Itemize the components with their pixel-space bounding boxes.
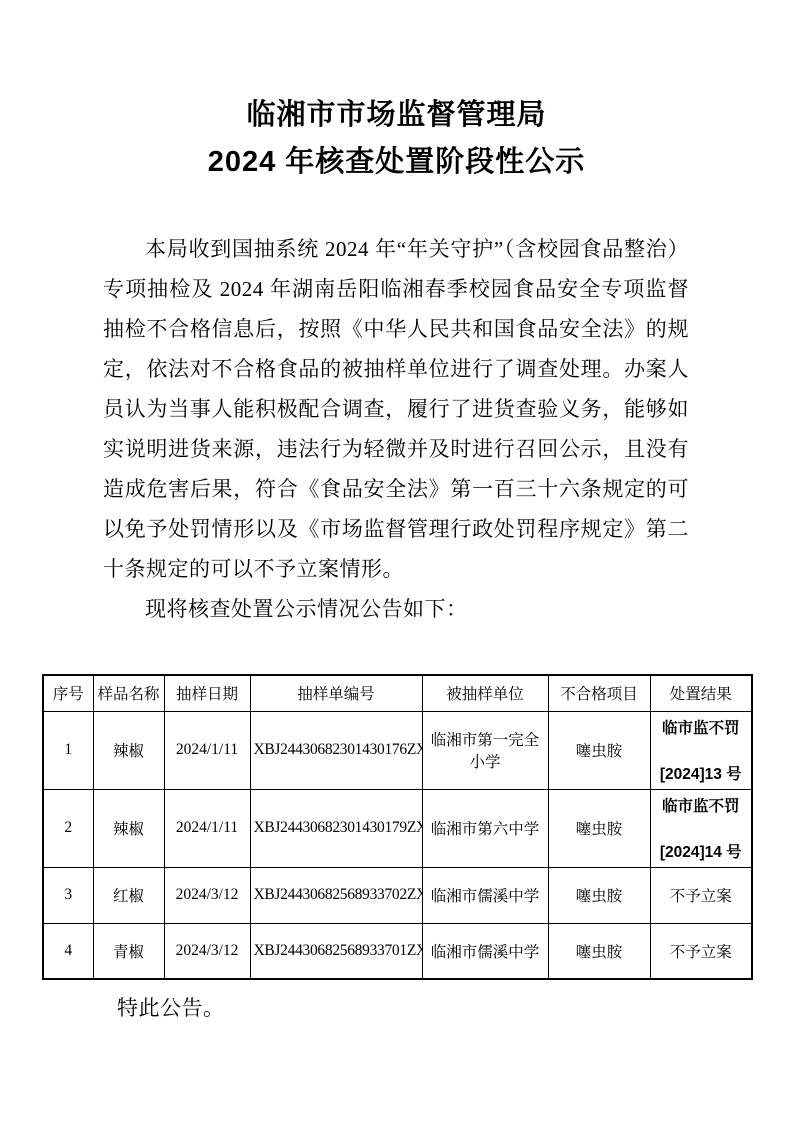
cell-sample-date: 2024/1/11 xyxy=(164,711,250,789)
closing-statement: 特此公告。 xyxy=(117,993,793,1023)
cell-disposal-result: 不予立案 xyxy=(650,923,752,979)
cell-failed-item: 噻虫胺 xyxy=(548,789,650,867)
column-header-sample-code: 抽样单编号 xyxy=(250,675,422,711)
cell-sampled-unit: 临湘市儒溪中学 xyxy=(422,867,548,923)
cell-sample-date: 2024/3/12 xyxy=(164,923,250,979)
cell-sample-name: 辣椒 xyxy=(93,711,164,789)
cell-sample-date: 2024/3/12 xyxy=(164,867,250,923)
title-line-1: 临湘市市场监督管理局 xyxy=(0,92,793,139)
table-header-row: 序号 样品名称 抽样日期 抽样单编号 被抽样单位 不合格项目 处置结果 xyxy=(43,675,752,711)
cell-sample-name: 红椒 xyxy=(93,867,164,923)
cell-sample-code: XBJ24430682301430179ZX xyxy=(250,789,422,867)
cell-failed-item: 噻虫胺 xyxy=(548,923,650,979)
title-line-2: 2024 年核查处置阶段性公示 xyxy=(0,139,793,186)
body-paragraph-intro: 本局收到国抽系统 2024 年“年关守护”（含校园食品整治）专项抽检及 2024… xyxy=(103,229,689,589)
cell-sample-code: XBJ24430682568933702ZX xyxy=(250,867,422,923)
cell-sample-code: XBJ24430682301430176ZX xyxy=(250,711,422,789)
inspection-disposal-table: 序号 样品名称 抽样日期 抽样单编号 被抽样单位 不合格项目 处置结果 1 辣椒… xyxy=(42,674,753,980)
cell-seq: 2 xyxy=(43,789,93,867)
table-row: 4 青椒 2024/3/12 XBJ24430682568933701ZX 临湘… xyxy=(43,923,752,979)
column-header-sampled-unit: 被抽样单位 xyxy=(422,675,548,711)
table-row: 1 辣椒 2024/1/11 XBJ24430682301430176ZX 临湘… xyxy=(43,711,752,789)
document-title: 临湘市市场监督管理局 2024 年核查处置阶段性公示 xyxy=(0,0,793,186)
column-header-sample-date: 抽样日期 xyxy=(164,675,250,711)
cell-sampled-unit: 临湘市第一完全小学 xyxy=(422,711,548,789)
result-line-2: [2024]14 号 xyxy=(654,840,749,862)
result-line-1: 临市监不罚 xyxy=(654,794,749,816)
cell-disposal-result: 临市监不罚 [2024]14 号 xyxy=(650,789,752,867)
cell-sample-name: 辣椒 xyxy=(93,789,164,867)
table-row: 3 红椒 2024/3/12 XBJ24430682568933702ZX 临湘… xyxy=(43,867,752,923)
column-header-seq: 序号 xyxy=(43,675,93,711)
table-row: 2 辣椒 2024/1/11 XBJ24430682301430179ZX 临湘… xyxy=(43,789,752,867)
cell-failed-item: 噻虫胺 xyxy=(548,867,650,923)
column-header-disposal-result: 处置结果 xyxy=(650,675,752,711)
body-paragraph-lead-in: 现将核查处置公示情况公告如下： xyxy=(103,589,689,629)
cell-sample-name: 青椒 xyxy=(93,923,164,979)
cell-disposal-result: 临市监不罚 [2024]13 号 xyxy=(650,711,752,789)
cell-sampled-unit: 临湘市第六中学 xyxy=(422,789,548,867)
cell-seq: 3 xyxy=(43,867,93,923)
cell-sample-code: XBJ24430682568933701ZX xyxy=(250,923,422,979)
result-line-2: [2024]13 号 xyxy=(654,762,749,784)
result-line-1: 临市监不罚 xyxy=(654,716,749,738)
cell-seq: 1 xyxy=(43,711,93,789)
cell-disposal-result: 不予立案 xyxy=(650,867,752,923)
cell-sample-date: 2024/1/11 xyxy=(164,789,250,867)
cell-seq: 4 xyxy=(43,923,93,979)
result-line-1: 不予立案 xyxy=(654,940,749,962)
column-header-failed-item: 不合格项目 xyxy=(548,675,650,711)
cell-sampled-unit: 临湘市儒溪中学 xyxy=(422,923,548,979)
document-page: 临湘市市场监督管理局 2024 年核查处置阶段性公示 本局收到国抽系统 2024… xyxy=(0,0,793,1122)
column-header-sample-name: 样品名称 xyxy=(93,675,164,711)
cell-failed-item: 噻虫胺 xyxy=(548,711,650,789)
result-line-1: 不予立案 xyxy=(654,884,749,906)
